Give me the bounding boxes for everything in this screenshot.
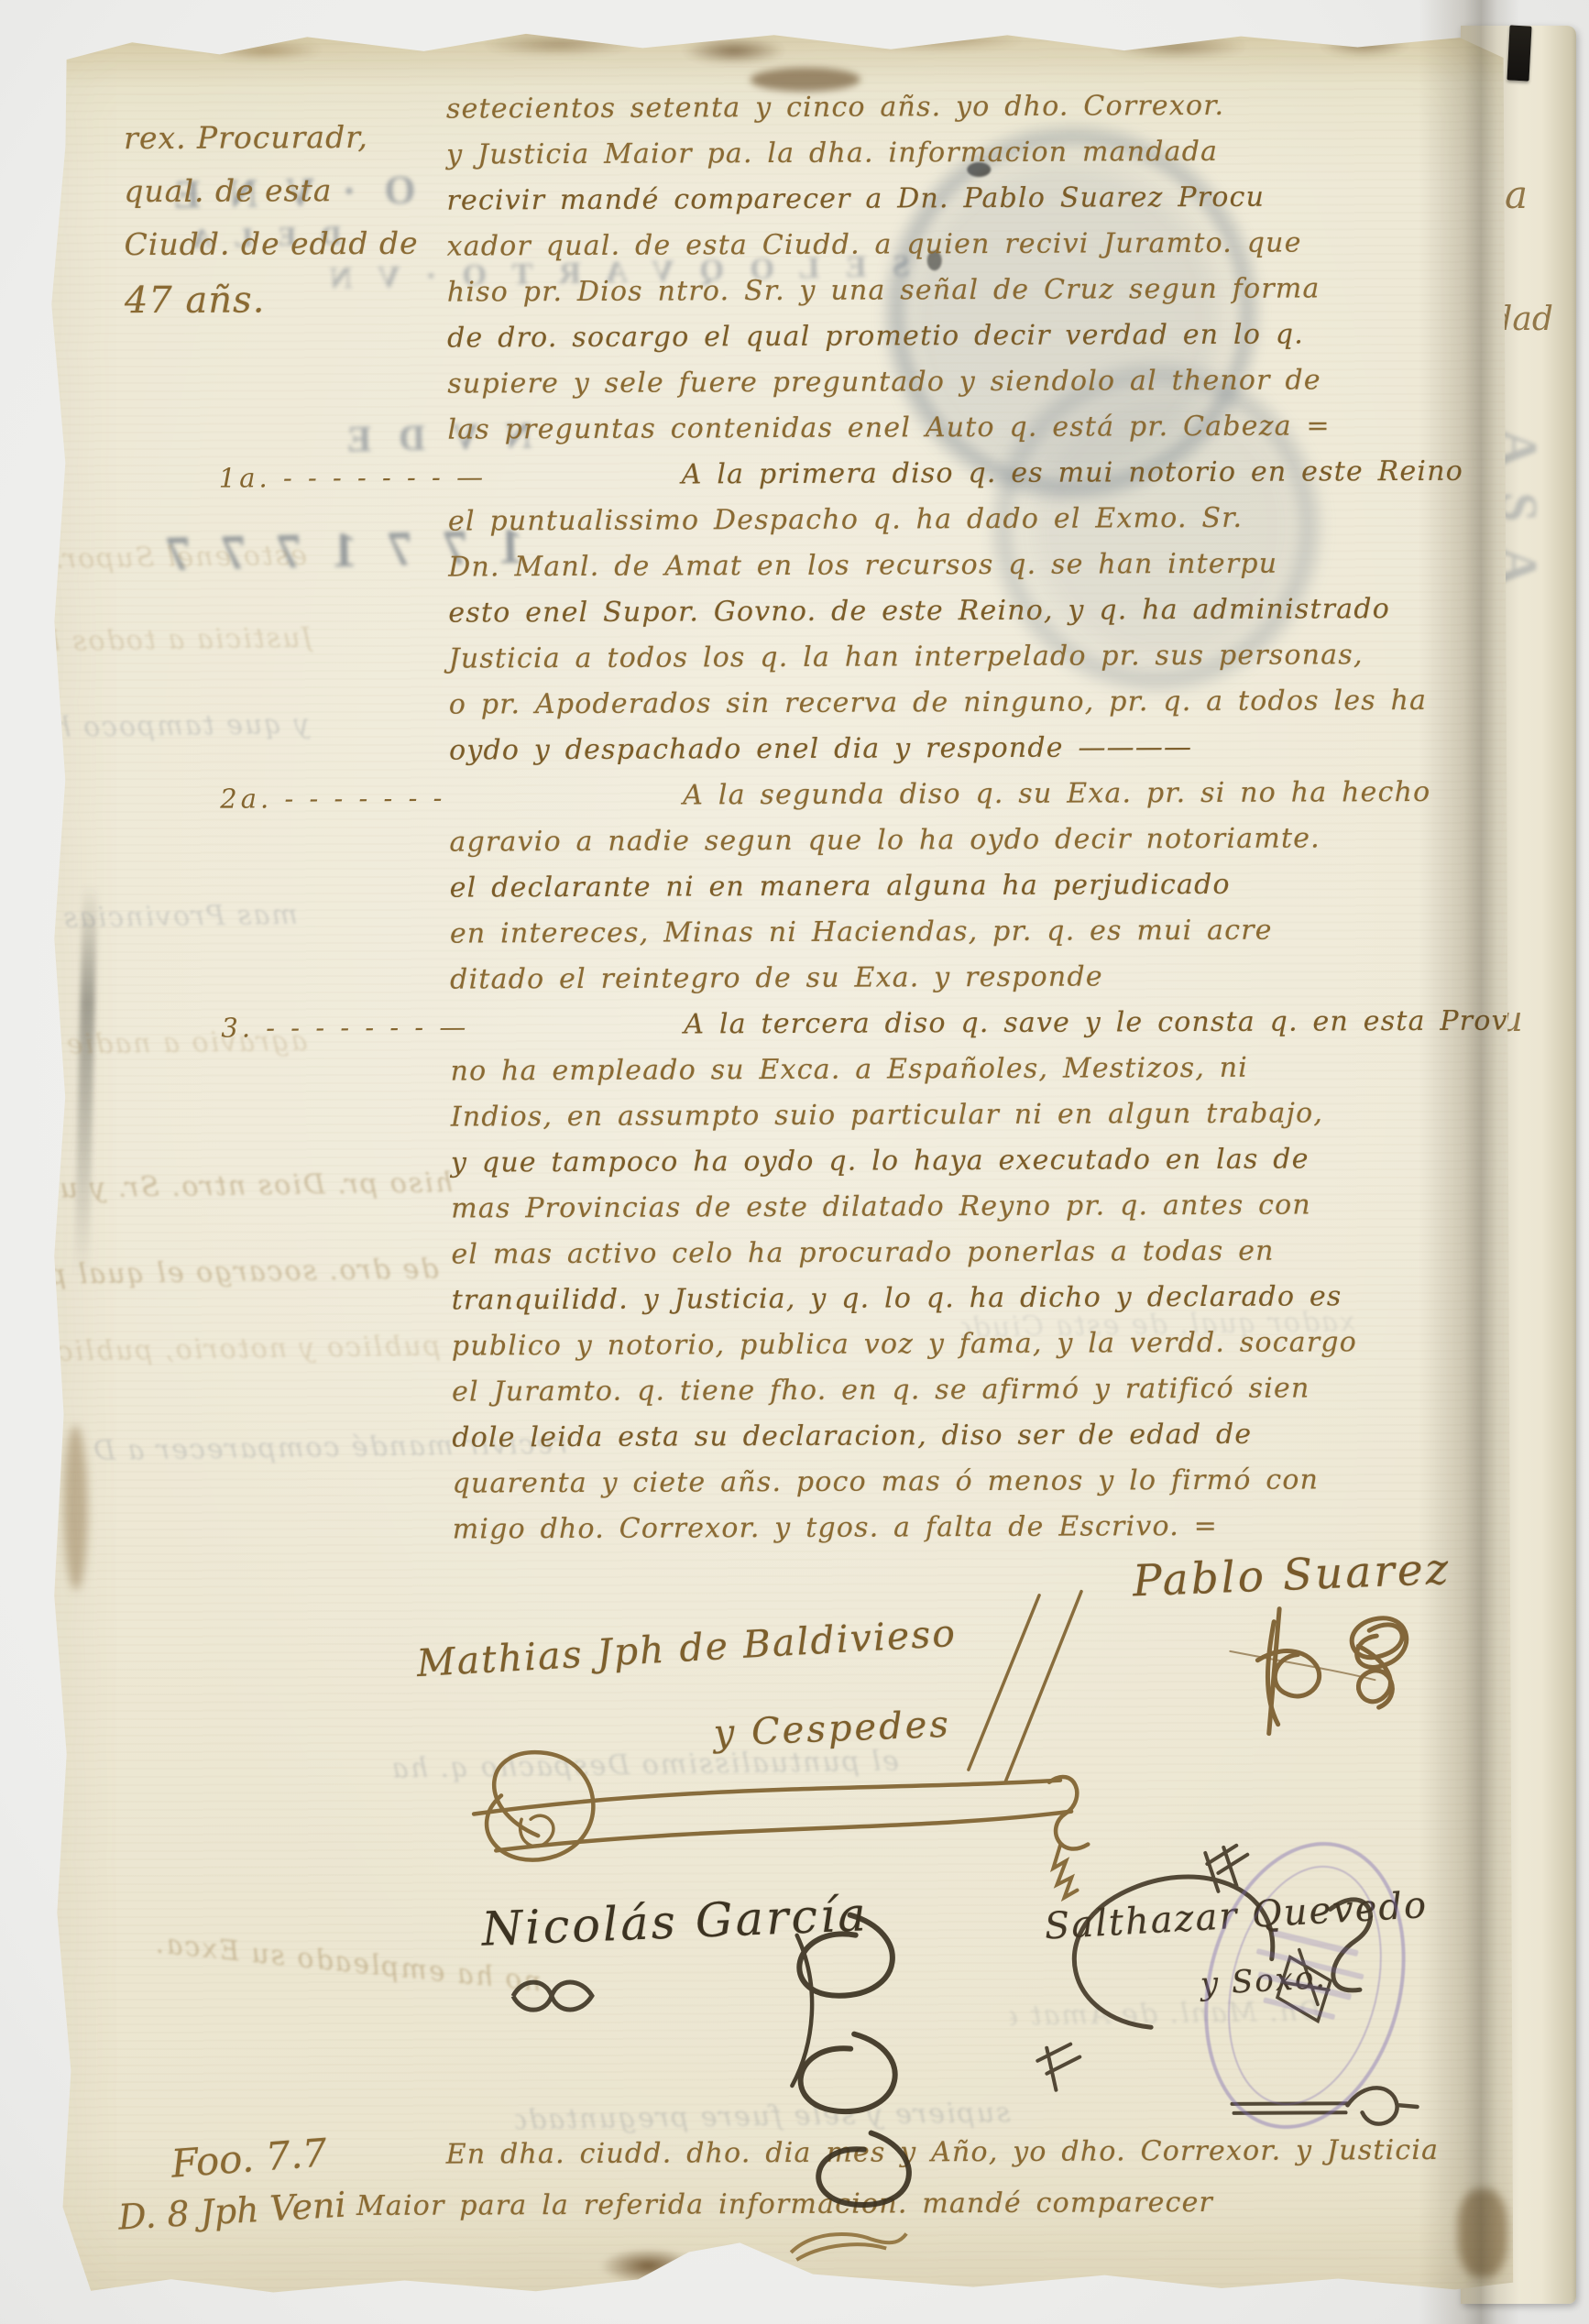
signature-rubric-pablo <box>1221 1595 1432 1761</box>
folio-margin-note: D. 8 Jph Veni <box>117 2185 347 2238</box>
manuscript-line: en intereces, Minas ni Haciendas, pr. q.… <box>450 913 1531 963</box>
bookmark-ribbon <box>1507 25 1531 81</box>
manuscript-line: y Justicia Maior pa. la dha. informacion… <box>446 134 1528 184</box>
manuscript-line: ditado el reintegro de su Exa. y respond… <box>450 959 1531 1009</box>
footer-scribble <box>784 2224 912 2271</box>
body-text: setecientos setenta y cinco añs. yo dho.… <box>446 26 1528 30</box>
manuscript-line: esto enel Supor. Govno. de este Reino, y… <box>448 592 1529 642</box>
signature-nicolas-garcia: Nicolás García <box>481 1888 870 1957</box>
folio-note: Foo. 7.7 <box>170 2130 328 2186</box>
bottom-edge-stain <box>590 2236 783 2296</box>
manuscript-line: de dro. socargo el qual prometio decir v… <box>447 317 1529 367</box>
manuscript-line: las preguntas contenidas enel Auto q. es… <box>447 409 1529 459</box>
question-marker: 2a. - - - - - - - <box>220 782 568 815</box>
manuscript-line: hiso pr. Dios ntro. Sr. y una señal de C… <box>447 271 1529 322</box>
manuscript-line: Indios, en assumpto suio particular ni e… <box>451 1096 1532 1146</box>
manuscript-line: recivir mandé comparecer a Dn. Pablo Sua… <box>446 180 1528 230</box>
gutter-stain <box>1458 2189 1507 2277</box>
footer-line: Maior para la referida informacion. mand… <box>356 2187 1213 2222</box>
manuscript-line: publico y notorio, publica voz y fama, y… <box>452 1325 1533 1376</box>
left-edge-smudge <box>74 884 97 1278</box>
signature-scribble-nicolas <box>504 1973 605 2019</box>
next-page-fragment: a <box>1505 172 1528 217</box>
manuscript-line: el Juramto. q. tiene fho. en q. se afirm… <box>452 1371 1533 1421</box>
signature-mathias-cespedes: y Cespedes <box>713 1704 952 1755</box>
question-marker: 1a. - - - - - - - — <box>219 461 567 494</box>
manuscript-page: O · V N E D E L A S E L O Q V A R T O · … <box>45 27 1514 2298</box>
manuscript-line: dole leida esta su declaracion, diso ser… <box>452 1417 1533 1467</box>
margin-note: rex. Procuradr, <box>124 119 368 156</box>
archive-stamp <box>1176 1821 1434 2150</box>
handwriting-bleedthrough: supiere y sele fuere preguntado y siendo… <box>515 2097 1010 2136</box>
manuscript-line: el puntualissimo Despacho q. ha dado el … <box>448 500 1529 551</box>
manuscript-line: el mas activo celo ha procurado ponerlas… <box>451 1233 1532 1284</box>
handwriting-bleedthrough: y que tampoco ha oydo q. lo haya executa… <box>35 708 310 744</box>
handwriting-bleedthrough: Justicia a todos los q. la han interpela… <box>27 622 312 659</box>
manuscript-line: setecientos setenta y cinco añs. yo dho.… <box>446 88 1528 138</box>
manuscript-line: xador qual. de esta Ciudd. a quien reciv… <box>447 225 1529 276</box>
handwriting-bleedthrough: hiso pr. Dios ntro. Sr. y una señal de C… <box>53 1167 453 1204</box>
manuscript-line: quarenta y ciete añs. poco mas ó menos y… <box>452 1463 1533 1513</box>
manuscript-line: mas Provincias de este dilatado Reyno pr… <box>451 1188 1532 1238</box>
signature-mathias-baldivieso: Mathias Jph de Baldivieso <box>415 1611 958 1685</box>
manuscript-line-question-1: 1a. - - - - - - - —A la primera diso q. … <box>448 455 1529 505</box>
manuscript-line-question-3: 3. - - - - - - - —A la tercera diso q. s… <box>450 1004 1531 1055</box>
handwriting-bleedthrough: el puntualissimo Despacho q. ha dado el … <box>386 1746 899 1785</box>
manuscript-line-question-2: 2a. - - - - - - -A la segunda diso q. su… <box>449 775 1530 826</box>
handwriting-bleedthrough: de dro. socargo el qual prometio decir v… <box>44 1253 438 1290</box>
manuscript-line: tranquilidd. y Justicia, y q. lo q. ha d… <box>452 1279 1533 1330</box>
manuscript-line: no ha empleado su Exca. a Españoles, Mes… <box>450 1050 1531 1101</box>
footer-line: En dha. ciudd. dho. dia mes y Año, yo dh… <box>446 2134 1440 2171</box>
handwriting-bleedthrough: esto enel Supor. Govno. de este Reino, y… <box>32 540 307 576</box>
manuscript-line: Dn. Manl. de Amat en los recursos q. se … <box>448 546 1529 597</box>
handwriting-bleedthrough: mas Provincias de este dilatado Reyno pr… <box>41 899 298 935</box>
manuscript-line: Justicia a todos los q. la han interpela… <box>449 638 1530 688</box>
brown-stain <box>751 68 860 93</box>
manuscript-line: supiere y sele fuere preguntado y siendo… <box>447 363 1529 413</box>
manuscript-photo: a edad A S A Ju el O · V N E D E L A S E… <box>0 0 1589 2324</box>
handwriting-bleedthrough: publico y notorio, publica voz y fama, y… <box>56 1330 441 1367</box>
margin-note: 47 añs. <box>125 279 266 322</box>
top-edge-stain <box>103 19 1445 72</box>
margin-note: qual. de esta <box>124 172 332 209</box>
manuscript-line: el declarante ni en manera alguna ha per… <box>450 867 1531 917</box>
margin-note: Ciudd. de edad de <box>125 225 419 262</box>
manuscript-line: y que tampoco ha oydo q. lo haya executa… <box>451 1142 1532 1192</box>
manuscript-line: oydo y despachado enel dia y responde ——… <box>449 729 1530 780</box>
question-marker: 3. - - - - - - - — <box>221 1011 569 1044</box>
manuscript-line: agravio a nadie segun que lo ha oydo dec… <box>449 821 1530 871</box>
left-edge-smudge <box>63 1425 88 1590</box>
manuscript-line: o pr. Apoderados sin recerva de ninguno,… <box>449 684 1530 734</box>
